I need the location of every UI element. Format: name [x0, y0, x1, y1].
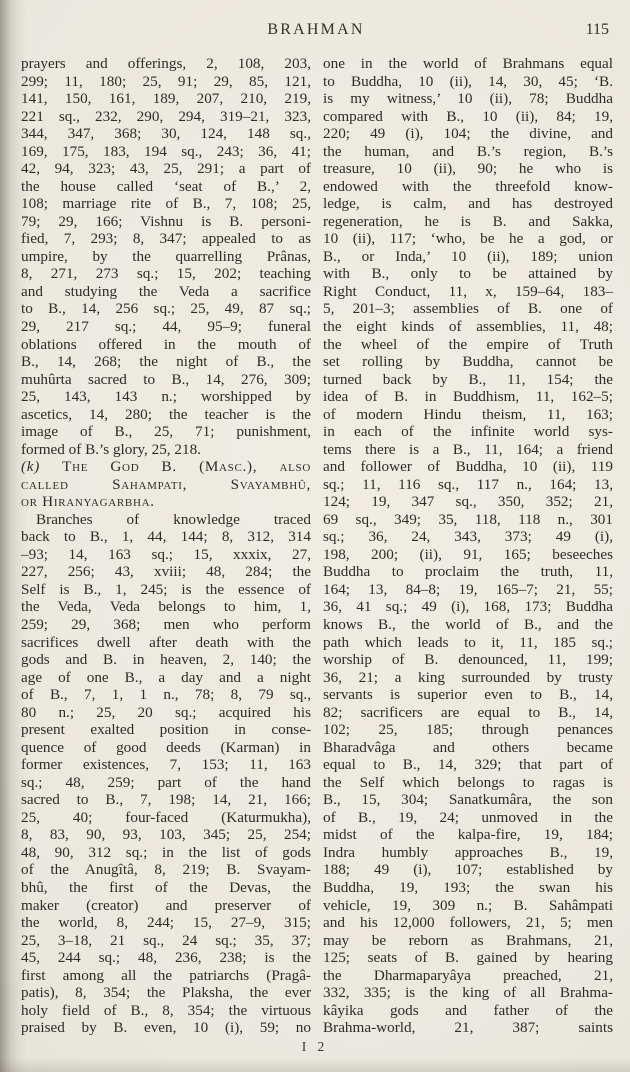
text-line: and follower of Buddha, 10 (ii), 119: [323, 458, 613, 476]
text-line: sq.; 36, 24, 343, 373; 49 (i),: [323, 528, 613, 546]
text-line: 227, 256; 43, xviii; 48, 284; the: [21, 563, 311, 581]
text-line: Self is B., 1, 245; is the essence of: [21, 581, 311, 599]
text-line: the world, 8, 244; 15, 27–9, 315;: [21, 914, 311, 932]
text-line: 259; 29, 368; men who perform: [21, 616, 311, 634]
text-line: 164; 13, 84–8; 19, 165–7; 21, 55;: [323, 581, 613, 599]
text-line: fied, 7, 293; 8, 347; appealed to as: [21, 230, 311, 248]
text-line: 5, 201–3; assemblies of B. one of: [323, 300, 613, 318]
scan-shadow-bottom: [0, 1058, 630, 1072]
text-line: –93; 14, 163 sq.; 15, xxxix, 27,: [21, 546, 311, 564]
text-line: kâyika gods and father of the: [323, 1002, 613, 1020]
running-header-title: BRAHMAN: [21, 21, 611, 39]
text-line: present exalted position in conse-: [21, 721, 311, 739]
text-line: former existences, 7, 153; 11, 163: [21, 756, 311, 774]
text-line: 8, 83, 90, 93, 103, 345; 25, 254;: [21, 826, 311, 844]
text-line: worship of B. denounced, 11, 199;: [323, 651, 613, 669]
text-line: of the Anugîtâ, 8, 219; B. Svayam-: [21, 861, 311, 879]
text-line: and his 12,000 followers, 21, 5; men: [323, 914, 613, 932]
text-line: 125; seats of B. gained by hearing: [323, 949, 613, 967]
text-line: gods and B. in heaven, 2, 140; the: [21, 651, 311, 669]
text-line: holy field of B., 8, 354; the virtuous: [21, 1002, 311, 1020]
text-line: tems there is a B., 11, 164; a friend: [323, 441, 613, 459]
text-line: 344, 347, 368; 30, 124, 148 sq.,: [21, 125, 311, 143]
text-line: the house called ‘seat of B.,’ 2,: [21, 178, 311, 196]
text-line: midst of the kalpa-fire, 19, 184;: [323, 826, 613, 844]
text-line: B., 15, 304; Sanatkumâra, the son: [323, 791, 613, 809]
text-line: to B., 14, 256 sq.; 25, 49, 87 sq.;: [21, 300, 311, 318]
text-line: Indra humbly approaches B., 19,: [323, 844, 613, 862]
text-line: to Buddha, 10 (ii), 14, 30, 45; ‘B.: [323, 73, 613, 91]
text-line: maker (creator) and preserver of: [21, 897, 311, 915]
printer-signature-mark: I 2: [0, 1039, 630, 1055]
text-line: B., 14, 268; the night of B., the: [21, 353, 311, 371]
text-line: sacrifices dwell after death with the: [21, 634, 311, 652]
text-line: with B., only to be attained by: [323, 265, 613, 283]
text-line: path which leads to it, 11, 185 sq.;: [323, 634, 613, 652]
text-line: prayers and offerings, 2, 108, 203,: [21, 55, 311, 73]
page-number: 115: [586, 21, 609, 39]
text-line: 10 (ii), 117; ‘who, be he a god, or: [323, 230, 613, 248]
text-line: the eight kinds of assemblies, 11, 48;: [323, 318, 613, 336]
text-line: 188; 49 (i), 107; established by: [323, 861, 613, 879]
text-line: set rolling by Buddha, cannot be: [323, 353, 613, 371]
text-line: Buddha to proclaim the truth, 11,: [323, 563, 613, 581]
text-line: compared with B., 10 (ii), 84; 19,: [323, 108, 613, 126]
text-line: Bharadvâga and others became: [323, 739, 613, 757]
running-header: BRAHMAN 115: [21, 21, 611, 41]
text-line: 79; 29, 166; Vishnu is B. personi-: [21, 213, 311, 231]
text-line: 108; marriage rite of B., 7, 108; 25,: [21, 195, 311, 213]
text-line: 332, 335; is the king of all Brahma-: [323, 984, 613, 1002]
text-line: servants is superior even to B., 14,: [323, 686, 613, 704]
text-line: patis), 8, 354; the Plaksha, the ever: [21, 984, 311, 1002]
text-line: sq.; 11, 116 sq., 117 n., 164; 13,: [323, 476, 613, 494]
text-line: endowed with the threefold know-: [323, 178, 613, 196]
right-column: one in the world of Brahmans equalto Bud…: [323, 55, 613, 1037]
text-line: treasure, 10 (ii), 90; he who is: [323, 160, 613, 178]
text-line: in each of the infinite world sys-: [323, 423, 613, 441]
text-line: 198, 200; (ii), 91, 165; beseeches: [323, 546, 613, 564]
text-line: age of one B., a day and a night: [21, 669, 311, 687]
text-line: ascetics, 14, 280; the teacher is the: [21, 406, 311, 424]
text-line: umpire, by the quarrelling Prânas,: [21, 248, 311, 266]
text-line: ledge, is calm, and has destroyed: [323, 195, 613, 213]
text-line: one in the world of Brahmans equal: [323, 55, 613, 73]
text-line: 25, 143, 143 n.; worshipped by: [21, 388, 311, 406]
text-line: formed of B.’s glory, 25, 218.: [21, 441, 311, 459]
text-line: the Veda, Veda belongs to him, 1,: [21, 598, 311, 616]
text-line: 80 n.; 25, 20 sq.; acquired his: [21, 704, 311, 722]
book-page: BRAHMAN 115 prayers and offerings, 2, 10…: [0, 0, 630, 1072]
text-line: image of B., 25, 71; punishment,: [21, 423, 311, 441]
text-line: or Hiranyagarbha.: [21, 493, 311, 511]
text-line: 299; 11, 180; 25, 91; 29, 85, 121,: [21, 73, 311, 91]
text-line: 48, 90, 312 sq.; in the list of gods: [21, 844, 311, 862]
text-line: the human, and B.’s region, B.’s: [323, 143, 613, 161]
text-line: 36, 21; a king surrounded by trusty: [323, 669, 613, 687]
text-line: and studying the Veda a sacrifice: [21, 283, 311, 301]
text-line: the Dharmaparyâya preached, 21,: [323, 967, 613, 985]
text-line: Branches of knowledge traced: [21, 511, 311, 529]
text-line: 45, 244 sq.; 48, 236, 238; is the: [21, 949, 311, 967]
text-line: of B., 19, 24; unmoved in the: [323, 809, 613, 827]
text-line: 69 sq., 349; 35, 118, 118 n., 301: [323, 511, 613, 529]
text-line: 221 sq., 232, 290, 294, 319–21, 323,: [21, 108, 311, 126]
text-line: 169, 175, 183, 194 sq., 243; 36, 41;: [21, 143, 311, 161]
text-line: 102; 25, 185; through penances: [323, 721, 613, 739]
text-line: called Sahampati, Svayambhû,: [21, 476, 311, 494]
text-line: praised by B. even, 10 (i), 59; no: [21, 1019, 311, 1037]
text-line: of modern Hindu theism, 11, 163;: [323, 406, 613, 424]
text-line: 25, 40; four-faced (Katurmukha),: [21, 809, 311, 827]
text-line: Right Conduct, 11, x, 159–64, 183–: [323, 283, 613, 301]
text-line: the Self which belongs to ragas is: [323, 774, 613, 792]
text-line: 36, 41 sq.; 49 (i), 168, 173; Buddha: [323, 598, 613, 616]
index-entry-letter: (k): [21, 458, 62, 475]
text-line: the wheel of the empire of Truth: [323, 336, 613, 354]
text-line: may be reborn as Brahmans, 21,: [323, 932, 613, 950]
text-line: muhûrta sacred to B., 14, 276, 309;: [21, 371, 311, 389]
text-line: 25, 3–18, 21 sq., 24 sq.; 35, 37;: [21, 932, 311, 950]
text-line: 141, 150, 161, 189, 207, 210, 219,: [21, 90, 311, 108]
text-line: knows B., the world of B., and the: [323, 616, 613, 634]
text-line: 220; 49 (i), 104; the divine, and: [323, 125, 613, 143]
text-line: 42, 94, 323; 43, 25, 291; a part of: [21, 160, 311, 178]
text-line: Buddha, 19, 193; the swan his: [323, 879, 613, 897]
text-line: of B., 7, 1, 1 n., 78; 8, 79 sq.,: [21, 686, 311, 704]
text-columns: prayers and offerings, 2, 108, 203,299; …: [21, 55, 613, 1037]
text-line: vehicle, 19, 309 n.; B. Sahâmpati: [323, 897, 613, 915]
text-line: turned back by B., 11, 154; the: [323, 371, 613, 389]
text-line: 29, 217 sq.; 44, 95–9; funeral: [21, 318, 311, 336]
text-line: bhû, the first of the Devas, the: [21, 879, 311, 897]
text-line: Brahma-world, 21, 387; saints: [323, 1019, 613, 1037]
text-line: first among all the patriarchs (Pragâ-: [21, 967, 311, 985]
text-line: 124; 19, 347 sq., 350, 352; 21,: [323, 493, 613, 511]
text-line: (k) The God B. (Masc.), also: [21, 458, 311, 476]
text-line: B., or Inda,’ 10 (ii), 189; union: [323, 248, 613, 266]
text-line: quence of good deeds (Karman) in: [21, 739, 311, 757]
text-line: idea of B. in Buddhism, 11, 162–5;: [323, 388, 613, 406]
text-line: sacred to B., 7, 198; 14, 21, 166;: [21, 791, 311, 809]
text-line: back to B., 1, 44, 144; 8, 312, 314: [21, 528, 311, 546]
text-line: sq.; 48, 259; part of the hand: [21, 774, 311, 792]
text-line: equal to B., 14, 329; that part of: [323, 756, 613, 774]
text-line: 82; sacrificers are equal to B., 14,: [323, 704, 613, 722]
left-column: prayers and offerings, 2, 108, 203,299; …: [21, 55, 311, 1037]
text-line: 8, 271, 273 sq.; 15, 202; teaching: [21, 265, 311, 283]
text-line: oblations offered in the mouth of: [21, 336, 311, 354]
text-line: is my witness,’ 10 (ii), 78; Buddha: [323, 90, 613, 108]
text-line: regeneration, he is B. and Sakka,: [323, 213, 613, 231]
